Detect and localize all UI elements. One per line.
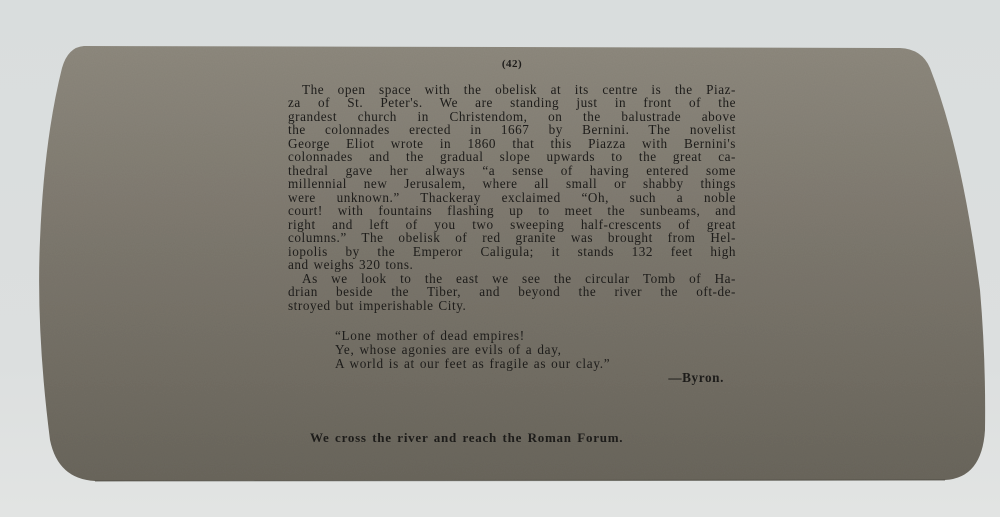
text-line: The open space with the obelisk at its c… (288, 83, 736, 97)
text-line: columns.” The obelisk of red granite was… (288, 231, 736, 245)
poem-line: Ye, whose agonies are evils of a day, (335, 343, 736, 357)
text-line: millennial new Jerusalem, where all smal… (288, 177, 736, 191)
text-line: stroyed but imperishable City. (288, 299, 736, 313)
text-line: iopolis by the Emperor Caligula; it stan… (288, 245, 736, 259)
page-number: (42) (288, 58, 736, 72)
text-line: colonnades and the gradual slope upwards… (288, 150, 736, 164)
paragraph-hadrian: As we look to the east we see the circul… (288, 272, 736, 313)
text-line: the colonnades erected in 1667 by Bernin… (288, 123, 736, 137)
text-line: were unknown.” Thackeray exclaimed “Oh, … (288, 191, 736, 205)
paragraph-st-peters: The open space with the obelisk at its c… (288, 83, 736, 272)
footer-caption: We cross the river and reach the Roman F… (310, 430, 623, 446)
text-line: thedral gave her always “a sense of havi… (288, 164, 736, 178)
text-line: drian beside the Tiber, and beyond the r… (288, 285, 736, 299)
text-line: right and left of you two sweeping half-… (288, 218, 736, 232)
card-text-block: (42) The open space with the obelisk at … (288, 58, 736, 385)
text-line: George Eliot wrote in 1860 that this Pia… (288, 137, 736, 151)
quote-attribution: —Byron. (335, 371, 736, 385)
text-line: za of St. Peter's. We are standing just … (288, 96, 736, 110)
poem-line: A world is at our feet as fragile as our… (335, 357, 736, 371)
byron-quote: “Lone mother of dead empires! Ye, whose … (335, 329, 736, 385)
text-line: court! with fountains flashing up to mee… (288, 204, 736, 218)
text-line: grandest church in Christendom, on the b… (288, 110, 736, 124)
text-line: and weighs 320 tons. (288, 258, 736, 272)
text-line: As we look to the east we see the circul… (288, 272, 736, 286)
poem-line: “Lone mother of dead empires! (335, 329, 736, 343)
